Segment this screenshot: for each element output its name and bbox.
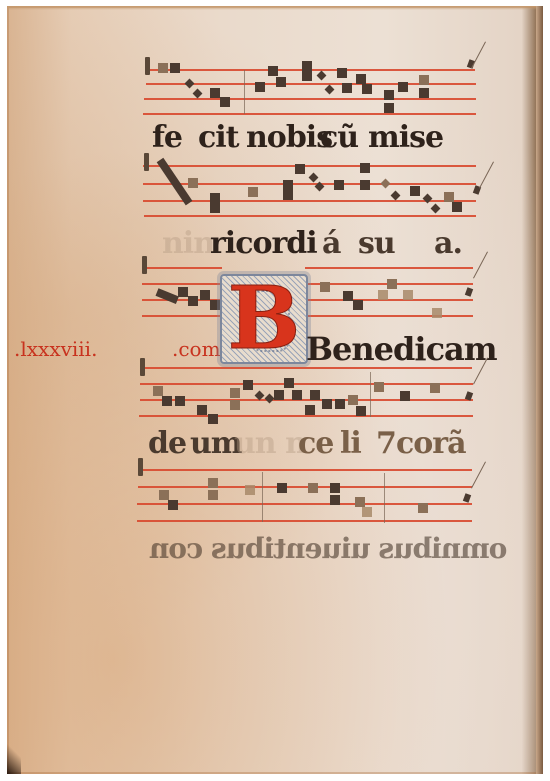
note [343, 291, 353, 301]
staff-line [143, 165, 476, 167]
note [243, 380, 253, 390]
note [348, 395, 358, 405]
note [283, 180, 293, 190]
note [220, 97, 230, 107]
note [302, 71, 312, 81]
illuminated-initial: B [220, 274, 308, 364]
lyric-line-4-syllable: de [148, 426, 186, 461]
note [200, 290, 210, 300]
note [159, 490, 169, 500]
note [210, 193, 220, 203]
note [342, 83, 352, 93]
lyric-line-1-syllable: fe [152, 120, 182, 155]
note [374, 382, 384, 392]
staff-line [143, 113, 476, 115]
note [322, 399, 332, 409]
note [356, 74, 366, 84]
note [295, 164, 305, 174]
note [308, 483, 318, 493]
lyric-line-4-syllable: corã [396, 426, 466, 461]
clef-icon [144, 153, 149, 171]
lyric-line-2-syllable: ricordi [210, 226, 317, 261]
note [337, 68, 347, 78]
note [230, 400, 240, 410]
note [360, 180, 370, 190]
note [268, 66, 278, 76]
note [384, 103, 394, 113]
initial-letter: B [222, 268, 306, 369]
note [384, 90, 394, 100]
note [305, 405, 315, 415]
note [353, 300, 363, 310]
lyric-line-2-syllable: á [322, 226, 340, 261]
note [335, 399, 345, 409]
note [175, 396, 185, 406]
note [178, 287, 188, 297]
note [419, 75, 429, 85]
lyric-line-4-syllable: li [340, 426, 361, 461]
staff-line [142, 315, 222, 317]
lyric-line-2-syllable: su [358, 226, 395, 261]
staff-line [144, 98, 476, 100]
note [283, 190, 293, 200]
note [378, 290, 388, 300]
note [400, 391, 410, 401]
note [419, 88, 429, 98]
lyric-line-1-syllable: mise [368, 120, 443, 155]
bar-line [370, 372, 371, 417]
staff-line [138, 486, 472, 488]
note [360, 163, 370, 173]
staff-line [139, 415, 473, 417]
bar-line [384, 473, 385, 523]
note [292, 390, 302, 400]
communion-rubric: .com. [172, 337, 227, 361]
note [245, 485, 255, 495]
note [276, 77, 286, 87]
lyric-line-2-syllable: a. [434, 226, 462, 261]
staff-line [305, 267, 473, 269]
clef-icon [142, 256, 147, 274]
bar-line [262, 472, 263, 522]
note [403, 290, 413, 300]
note [310, 390, 320, 400]
page-top-edge [7, 6, 543, 10]
folio-number: .lxxxviii. [14, 337, 97, 361]
note [418, 503, 428, 513]
note [210, 88, 220, 98]
note [320, 282, 330, 292]
note [432, 308, 442, 318]
note [168, 500, 178, 510]
lyric-line-1-syllable: cit [198, 120, 239, 155]
staff-line [142, 267, 222, 269]
note [330, 483, 340, 493]
lyric-line-4-syllable: ce [298, 426, 333, 461]
note [302, 61, 312, 71]
note [452, 202, 462, 212]
lyric-line-3-word: Benedicam [306, 330, 497, 368]
note [158, 63, 168, 73]
note [274, 390, 284, 400]
note [153, 386, 163, 396]
note [208, 490, 218, 500]
staff-line [142, 283, 222, 285]
bar-line [244, 70, 245, 114]
show-through-text: omnibus uiuentibus con [150, 532, 507, 565]
staff-line [144, 215, 476, 217]
note [430, 383, 440, 393]
note [410, 186, 420, 196]
note [188, 178, 198, 188]
note [162, 396, 172, 406]
staff-line [140, 469, 472, 471]
ghost-text: un n [234, 426, 306, 461]
lyric-line-4-syllable: 7 [376, 426, 396, 461]
page-corner-shadow [7, 744, 21, 774]
staff-line [305, 315, 473, 317]
staff-line [140, 399, 473, 401]
note [210, 300, 220, 310]
note [248, 187, 258, 197]
staff-line [137, 520, 472, 522]
staff-line [140, 383, 473, 385]
note [277, 483, 287, 493]
note [197, 405, 207, 415]
note [188, 296, 198, 306]
note [398, 82, 408, 92]
note [208, 478, 218, 488]
note [444, 192, 454, 202]
clef-icon [140, 358, 145, 376]
note [230, 388, 240, 398]
note [387, 279, 397, 289]
staff-line [142, 367, 472, 369]
note [170, 63, 180, 73]
note [284, 378, 294, 388]
ghost-text: nin [162, 226, 214, 261]
note [330, 495, 340, 505]
note [208, 414, 218, 424]
clef-icon [138, 458, 143, 476]
staff-line [305, 299, 473, 301]
note [362, 507, 372, 517]
clef-icon [145, 57, 150, 75]
note [355, 497, 365, 507]
note [255, 82, 265, 92]
lyric-line-1-syllable: cũ [320, 120, 358, 155]
note [334, 180, 344, 190]
note [210, 203, 220, 213]
note [356, 406, 366, 416]
page-right-edge [536, 6, 543, 774]
note [362, 84, 372, 94]
